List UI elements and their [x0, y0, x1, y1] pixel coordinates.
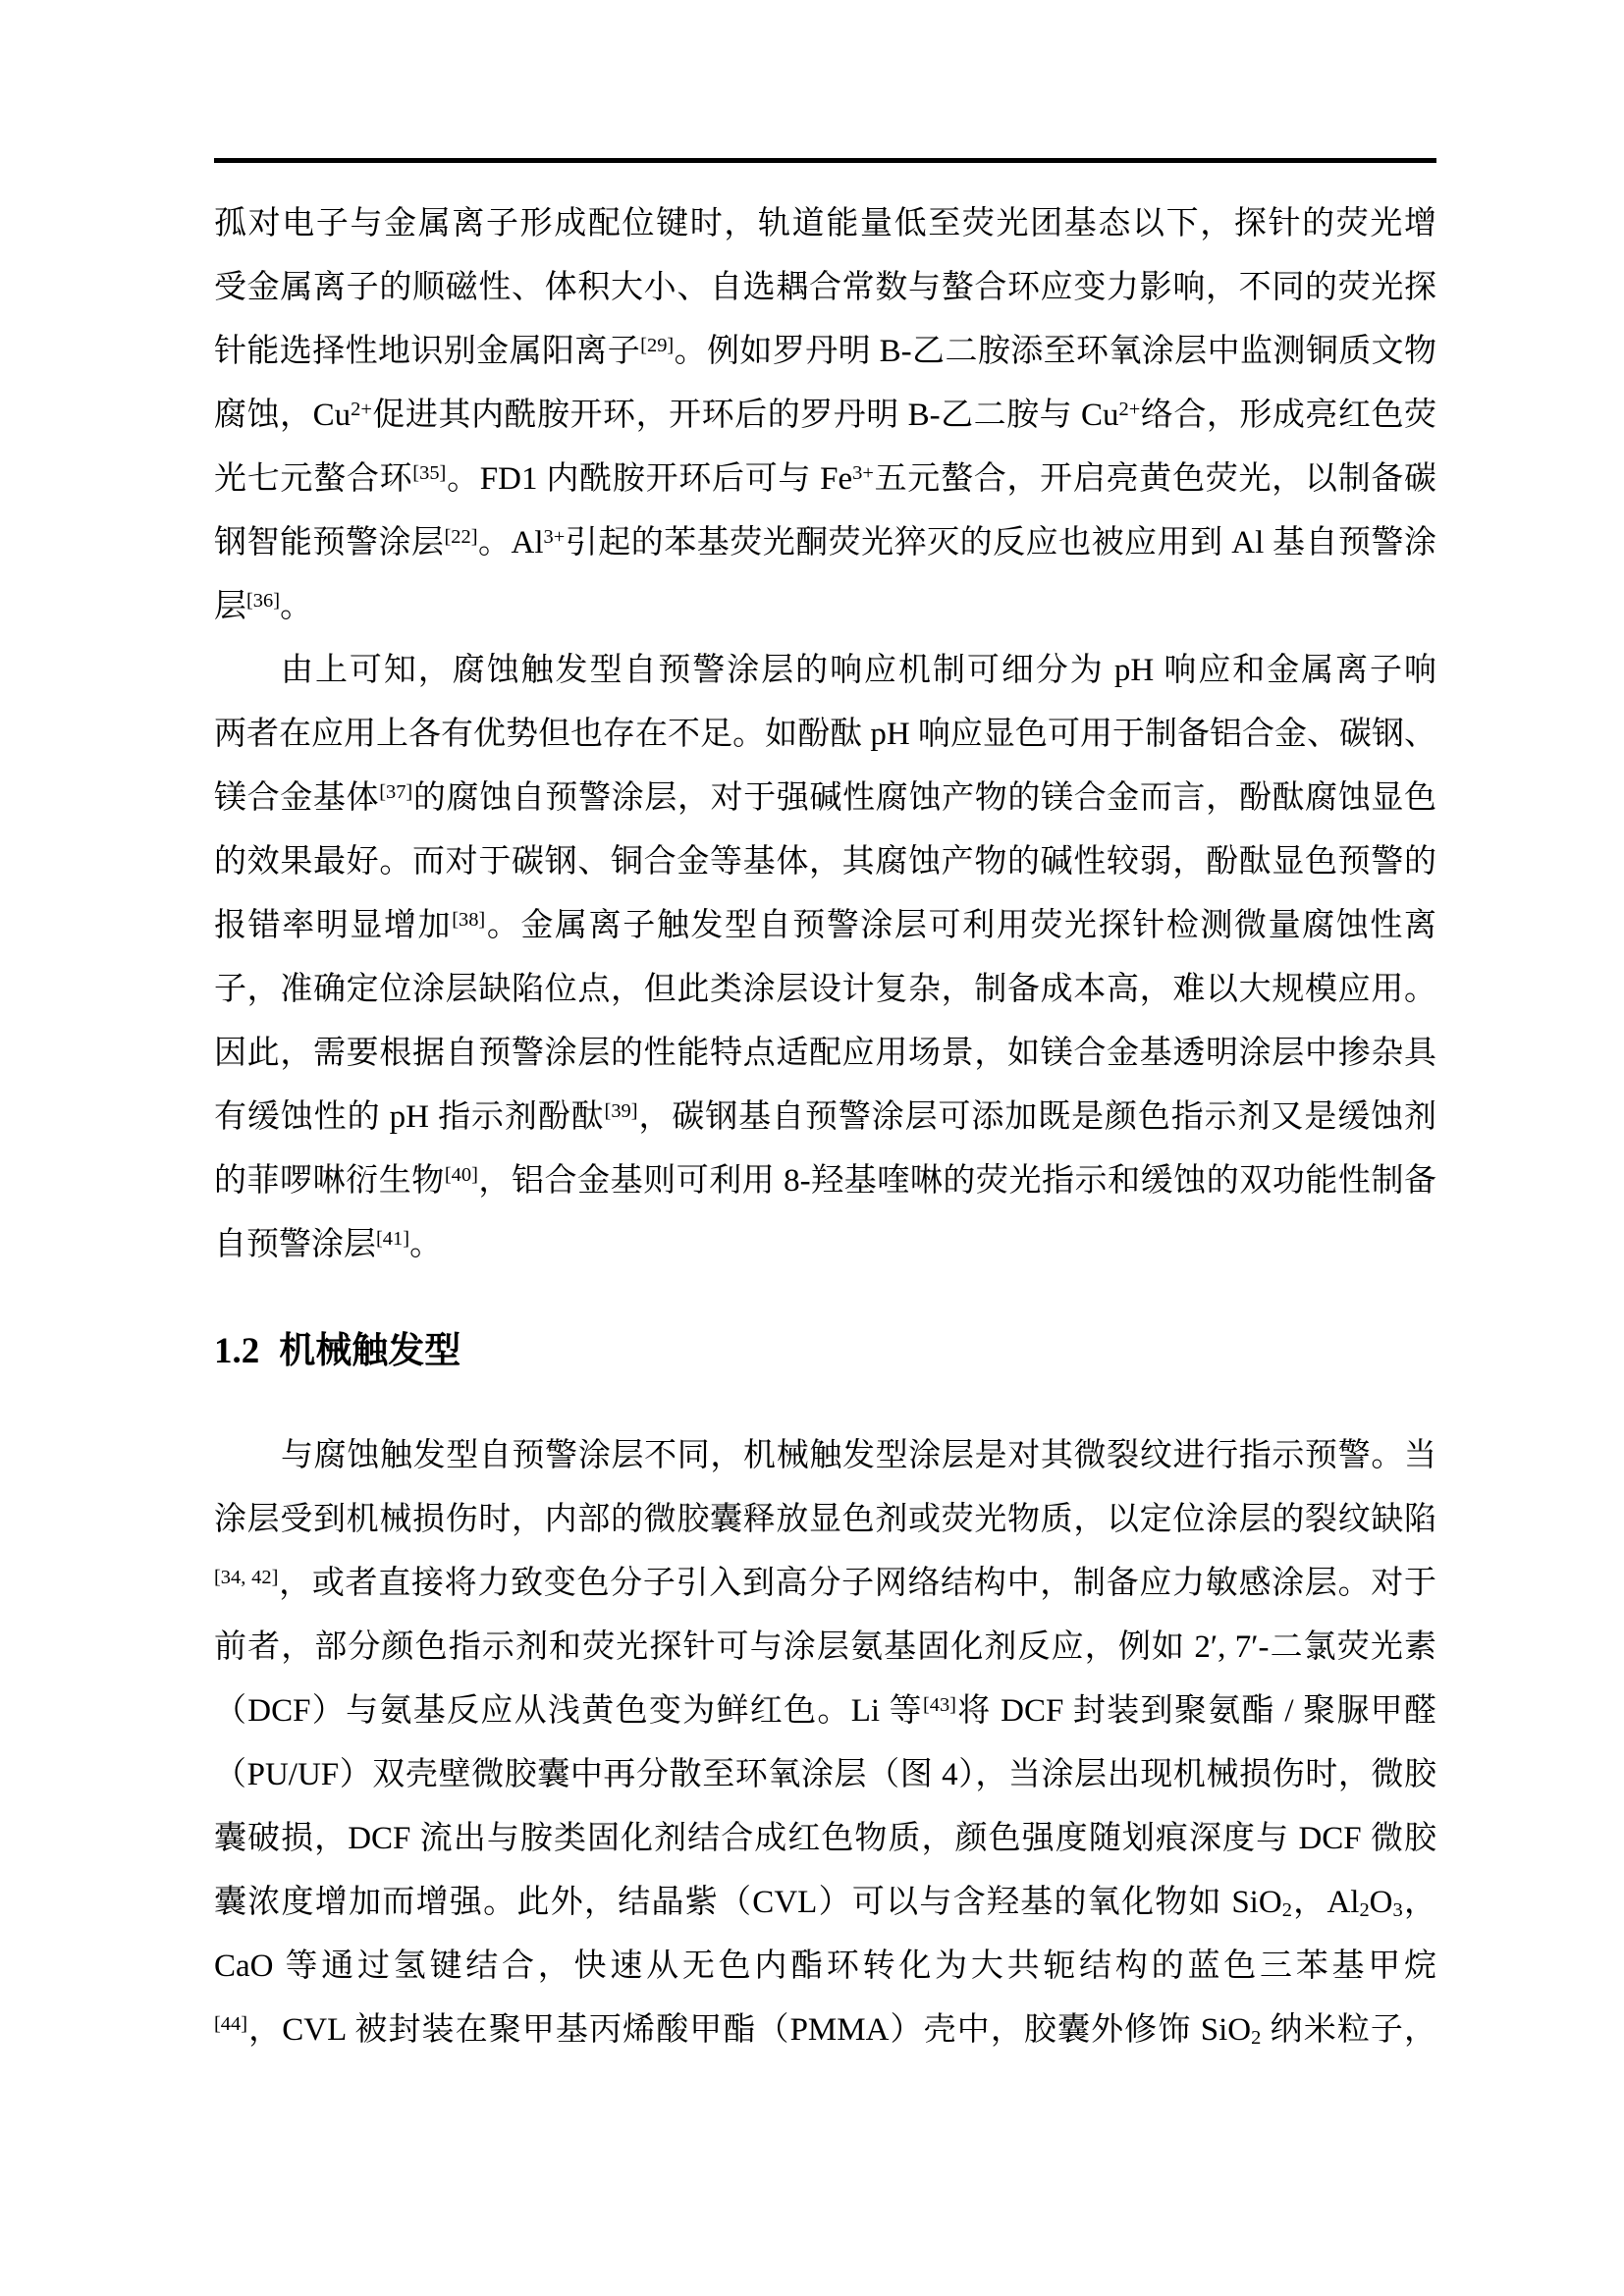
text-line: 两者在应用上各有优势但也存在不足。如酚酞 pH 响应显色可用于制备铝合金、碳钢、 [214, 703, 1436, 767]
subscript: 2 [1251, 2027, 1261, 2049]
text-line: 光七元螯合环[35]。FD1 内酰胺开环后可与 Fe3+五元螯合，开启亮黄色荧光… [214, 448, 1436, 511]
citation-ref: [39] [605, 1100, 638, 1122]
text-line: [34, 42]，或者直接将力致变色分子引入到高分子网络结构中，制备应力敏感涂层… [214, 1552, 1436, 1616]
text-line: 受金属离子的顺磁性、体积大小、自选耦合常数与螯合环应变力影响，不同的荧光探 [214, 256, 1436, 320]
superscript: 3+ [852, 462, 874, 484]
superscript: 2+ [1119, 399, 1141, 420]
citation-ref: [38] [452, 909, 485, 931]
text-line: 有缓蚀性的 pH 指示剂酚酞[39]，碳钢基自预警涂层可添加既是颜色指示剂又是缓… [214, 1086, 1436, 1149]
subscript: 2 [1282, 1899, 1292, 1921]
text-line: 由上可知，腐蚀触发型自预警涂层的响应机制可细分为 pH 响应和金属离子响应， [214, 639, 1436, 703]
superscript: 2+ [351, 399, 372, 420]
text-line: 囊浓度增加而增强。此外，结晶紫（CVL）可以与含羟基的氧化物如 SiO2，Al2… [214, 1871, 1436, 1935]
text-line: 前者，部分颜色指示剂和荧光探针可与涂层氨基固化剂反应，例如 2′, 7′-二氯荧… [214, 1616, 1436, 1680]
text-line: 孤对电子与金属离子形成配位键时，轨道能量低至荧光团基态以下，探针的荧光增强。 [214, 192, 1436, 256]
text-line: 的菲啰啉衍生物[40]，铝合金基则可利用 8-羟基喹啉的荧光指示和缓蚀的双功能性… [214, 1149, 1436, 1213]
paragraph-response-summary: 由上可知，腐蚀触发型自预警涂层的响应机制可细分为 pH 响应和金属离子响应，两者… [214, 639, 1436, 1277]
text-line: CaO 等通过氢键结合，快速从无色内酯环转化为大共轭结构的蓝色三苯基甲烷（CVL… [214, 1935, 1436, 1999]
section-title: 机械触发型 [279, 1331, 460, 1371]
text-line: （DCF）与氨基反应从浅黄色变为鲜红色。Li 等[43]将 DCF 封装到聚氨酯… [214, 1680, 1436, 1743]
text-line: （PU/UF）双壳壁微胶囊中再分散至环氧涂层（图 4），当涂层出现机械损伤时，微… [214, 1743, 1436, 1807]
citation-ref: [41] [376, 1228, 409, 1250]
text-line: 钢智能预警涂层[22]。Al3+引起的苯基荧光酮荧光猝灭的反应也被应用到 Al … [214, 511, 1436, 575]
citation-ref: [29] [640, 335, 674, 356]
text-line: 与腐蚀触发型自预警涂层不同，机械触发型涂层是对其微裂纹进行指示预警。当 [214, 1424, 1436, 1488]
citation-ref: [34, 42] [214, 1567, 278, 1588]
text-line: 镁合金基体[37]的腐蚀自预警涂层，对于强碱性腐蚀产物的镁合金而言，酚酞腐蚀显色 [214, 767, 1436, 830]
text-line: 囊破损，DCF 流出与胺类固化剂结合成红色物质，颜色强度随划痕深度与 DCF 微… [214, 1807, 1436, 1871]
paragraph-mechanical-trigger: 与腐蚀触发型自预警涂层不同，机械触发型涂层是对其微裂纹进行指示预警。当涂层受到机… [214, 1424, 1436, 2062]
citation-ref: [22] [444, 526, 477, 548]
text-line: 的效果最好。而对于碳钢、铜合金等基体，其腐蚀产物的碱性较弱，酚酞显色预警的 [214, 830, 1436, 894]
citation-ref: [37] [379, 781, 412, 803]
subscript: 3 [1393, 1899, 1403, 1921]
citation-ref: [40] [445, 1164, 478, 1186]
paragraph-fluorescent-probes: 孤对电子与金属离子形成配位键时，轨道能量低至荧光团基态以下，探针的荧光增强。受金… [214, 192, 1436, 639]
text-line: [44]，CVL 被封装在聚甲基丙烯酸甲酯（PMMA）壳中，胶囊外修饰 SiO2… [214, 1999, 1436, 2062]
header-rule [214, 158, 1436, 163]
text-line: 自预警涂层[41]。 [214, 1213, 1436, 1277]
text-line: 报错率明显增加[38]。金属离子触发型自预警涂层可利用荧光探针检测微量腐蚀性离 [214, 894, 1436, 958]
text-line: 针能选择性地识别金属阳离子[29]。例如罗丹明 B-乙二胺添至环氧涂层中监测铜质… [214, 320, 1436, 384]
text-line: 子，准确定位涂层缺陷位点，但此类涂层设计复杂，制备成本高，难以大规模应用。 [214, 958, 1436, 1022]
section-heading: 1.2机械触发型 [214, 1319, 1436, 1383]
text-line: 涂层受到机械损伤时，内部的微胶囊释放显色剂或荧光物质，以定位涂层的裂纹缺陷 [214, 1488, 1436, 1552]
section-number: 1.2 [214, 1331, 259, 1371]
text-line: 腐蚀，Cu2+促进其内酰胺开环，开环后的罗丹明 B-乙二胺与 Cu2+络合，形成… [214, 384, 1436, 448]
citation-ref: [43] [923, 1694, 956, 1716]
citation-ref: [44] [214, 2013, 247, 2035]
text-line: 层[36]。 [214, 575, 1436, 639]
citation-ref: [36] [246, 590, 280, 612]
text-line: 因此，需要根据自预警涂层的性能特点适配应用场景，如镁合金基透明涂层中掺杂具 [214, 1022, 1436, 1086]
page-body: 孤对电子与金属离子形成配位键时，轨道能量低至荧光团基态以下，探针的荧光增强。受金… [214, 192, 1436, 2062]
subscript: 2 [1359, 1899, 1369, 1921]
document-page: 孤对电子与金属离子形成配位键时，轨道能量低至荧光团基态以下，探针的荧光增强。受金… [0, 0, 1624, 2296]
superscript: 3+ [544, 526, 566, 548]
citation-ref: [35] [412, 462, 446, 484]
